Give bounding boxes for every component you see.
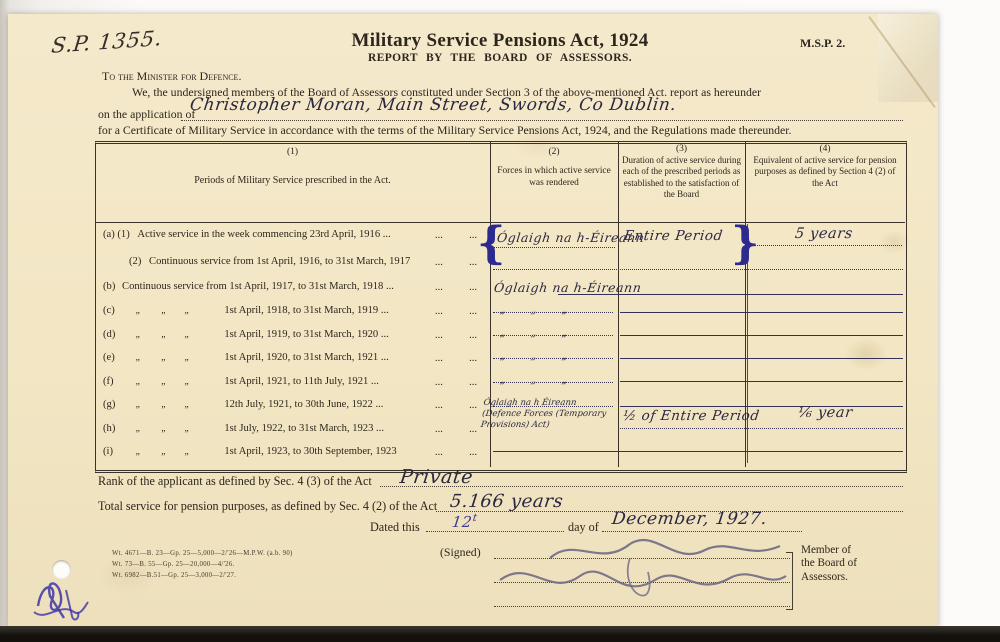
period-text: 1st April, 1921, to 11th July, 1921 ...	[224, 376, 379, 387]
form-code: M.S.P. 2.	[800, 36, 845, 51]
period-text: 1st April, 1920, to 31st March, 1921 ...	[224, 352, 389, 363]
leader-dots: ... ...	[435, 282, 477, 293]
total-service-value: 5.166 years	[449, 491, 565, 512]
signed-label: (Signed)	[440, 545, 481, 560]
ditto-marks: „ „ „	[136, 400, 222, 410]
period-text: Active service in the week commencing 23…	[137, 229, 390, 240]
signature-scrawl	[480, 528, 800, 608]
member-note: Member of the Board of Assessors.	[801, 544, 867, 584]
printer-imprint: Wt. 4671—B. 23—Gp. 25—5,000—2/'26—M.P.W.…	[112, 548, 293, 582]
table-col-divider-2	[618, 141, 619, 467]
table-row: (c) „ „ „ 1st April, 1918, to 31st March…	[103, 305, 508, 316]
rank-value: Private	[399, 466, 475, 488]
row-label: (d)	[103, 329, 133, 340]
row-label: (e)	[103, 352, 133, 363]
row-label: (c)	[103, 305, 133, 316]
ink-dotted-row-a2	[493, 259, 903, 270]
imprint-line: Wt. 73—B. 55—Gp. 25—20,000—4/'26.	[112, 559, 293, 570]
dated-day-number: 12	[451, 513, 474, 531]
ditto-marks: „ „ „	[136, 377, 222, 387]
col4-label: Equivalent of active service for pension…	[749, 155, 901, 189]
ink-dotted	[752, 235, 902, 246]
col1-label: Periods of Military Service prescribed i…	[95, 174, 490, 187]
leader-dots: ... ...	[435, 447, 477, 458]
leader-dots: ... ...	[435, 424, 477, 435]
leader-dots: ... ...	[435, 257, 477, 268]
period-text: 1st April, 1923, to 30th September, 1923	[224, 446, 396, 457]
ink-rule-b	[558, 284, 903, 295]
ink-dotted	[493, 237, 615, 248]
document-title: Military Service Pensions Act, 1924	[95, 30, 905, 52]
total-service-label: Total service for pension purposes, as d…	[98, 499, 437, 514]
ink-dotted	[493, 348, 613, 359]
period-text: 1st July, 1922, to 31st March, 1923 ...	[224, 423, 384, 434]
ditto-marks: „ „ „	[136, 353, 222, 363]
imprint-line: Wt. 6982—B.51—Gp. 25—3,000—2/'27.	[112, 570, 293, 581]
table-row: (d) „ „ „ 1st April, 1919, to 31st March…	[103, 329, 508, 340]
col2-label: Forces in which active service was rende…	[496, 165, 612, 189]
table-row: (f) „ „ „ 1st April, 1921, to 11th July,…	[103, 376, 508, 387]
row-label: (f)	[103, 376, 133, 387]
leader-dots: ... ...	[435, 400, 477, 411]
dated-prefix: Dated this	[370, 520, 420, 535]
col3-label: Duration of active service during each o…	[622, 155, 741, 200]
ink-rule-d	[620, 325, 903, 336]
row-label: (g)	[103, 399, 133, 410]
salutation: To the Minister for Defence.	[102, 69, 241, 84]
ink-rule-f	[620, 371, 903, 382]
ink-rule-i	[493, 441, 903, 452]
forces-entry-h: Óglaigh na h Éireann (Defence Forces (Te…	[480, 398, 618, 432]
table-row: (g) „ „ „ 12th July, 1921, to 30th June,…	[103, 399, 508, 410]
leader-dots: ... ...	[435, 230, 477, 241]
imprint-line: Wt. 4671—B. 23—Gp. 25—5,000—2/'26—M.P.W.…	[112, 548, 293, 559]
row-label: (a) (1)	[103, 229, 130, 240]
leader-dots: ... ...	[435, 330, 477, 341]
ink-rule-c	[620, 302, 903, 313]
handwritten-applicant: Christopher Moran, Main Street, Swords, …	[189, 95, 678, 115]
ditto-marks: „ „ „	[136, 330, 222, 340]
scanned-document: S.P. 1355. Military Service Pensions Act…	[0, 0, 1000, 642]
ink-stamp-scrawl	[20, 572, 100, 628]
leader-dots: ... ...	[435, 377, 477, 388]
table-row: (h) „ „ „ 1st July, 1922, to 31st March,…	[103, 423, 508, 434]
ink-dotted	[493, 372, 613, 383]
table-row: (e) „ „ „ 1st April, 1920, to 31st March…	[103, 352, 508, 363]
ink-rule-e	[620, 348, 903, 359]
dated-month-value: December, 1927.	[611, 509, 769, 529]
ditto-marks: „ „ „	[136, 424, 222, 434]
period-text: 1st April, 1918, to 31st March, 1919 ...	[224, 305, 389, 316]
period-text: 1st April, 1919, to 31st March, 1920 ...	[224, 329, 389, 340]
ditto-marks: „ „ „	[136, 306, 222, 316]
scan-edge-shadow	[0, 626, 1000, 642]
rank-label: Rank of the applicant as defined by Sec.…	[98, 474, 372, 489]
table-row: (i) „ „ „ 1st April, 1923, to 30th Septe…	[103, 446, 508, 457]
table-row: (2) Continuous service from 1st April, 1…	[103, 256, 508, 267]
col4-number: (4)	[745, 144, 905, 154]
ditto-marks: „ „ „	[136, 447, 222, 457]
col1-number: (1)	[95, 147, 490, 157]
row-label: (b)	[103, 281, 115, 292]
period-text: 12th July, 1921, to 30th June, 1922 ...	[224, 399, 383, 410]
intro-line-2: for a Certificate of Military Service in…	[98, 123, 908, 138]
document-subtitle: REPORT BY THE BOARD OF ASSESSORS.	[95, 52, 905, 64]
row-label: (i)	[103, 446, 133, 457]
table-row: (a) (1) Active service in the week comme…	[103, 229, 508, 240]
ink-dotted-h	[620, 418, 903, 429]
leader-dots: ... ...	[435, 306, 477, 317]
col2-number: (2)	[490, 147, 618, 157]
dated-day-value: 12t	[451, 512, 478, 531]
leader-dots: ... ...	[435, 353, 477, 364]
ink-dotted	[493, 325, 613, 336]
row-label: (2)	[129, 256, 141, 267]
period-text: Continuous service from 1st April, 1917,…	[122, 281, 394, 292]
col3-number: (3)	[618, 144, 745, 154]
duration-entry-a: Entire Period	[623, 228, 724, 244]
ink-dotted	[493, 302, 613, 313]
period-text: Continuous service from 1st April, 1916,…	[149, 256, 410, 267]
row-label: (h)	[103, 423, 133, 434]
table-row: (b) Continuous service from 1st April, 1…	[103, 281, 508, 292]
ink-rule-g	[620, 396, 903, 407]
